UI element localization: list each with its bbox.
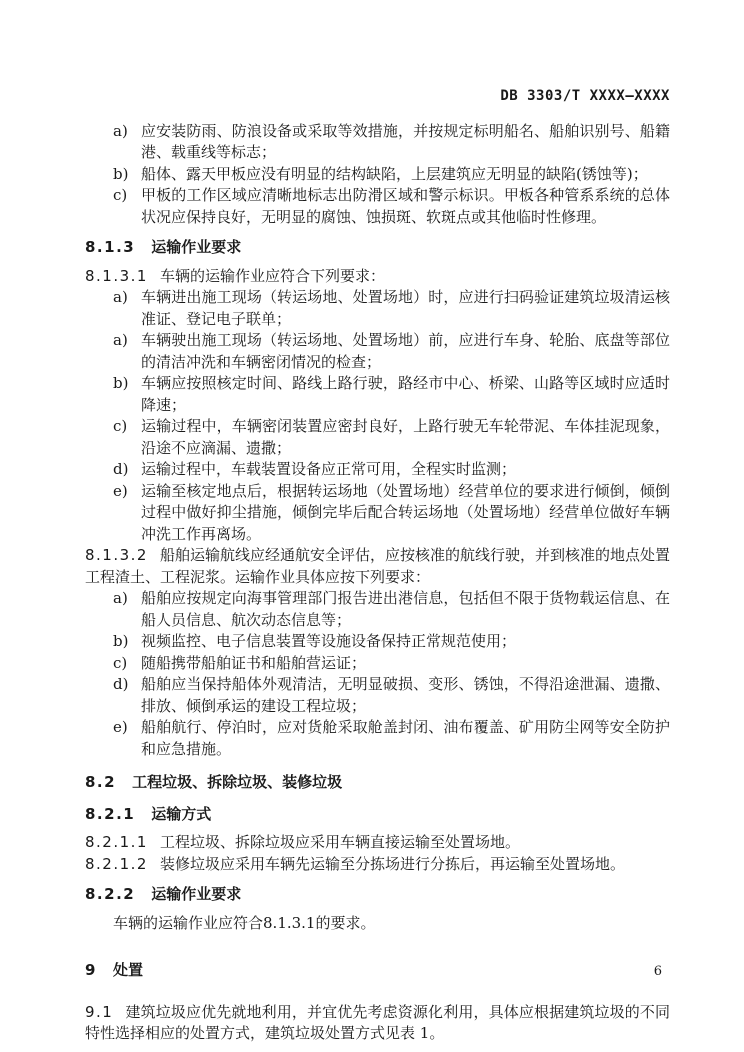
list-item-text: 船体、露天甲板应没有明显的结构缺陷，上层建筑应无明显的缺陷(锈蚀等)； xyxy=(141,164,670,186)
paragraph-8-2-1-2: 8.2.1.2装修垃圾应采用车辆先运输至分拣场进行分拣后，再运输至处置场地。 xyxy=(85,854,670,876)
section-number: 8.2.1 xyxy=(85,805,135,823)
vehicle-transport-requirement-list: a) 车辆进出施工现场（转运场地、处置场地）时，应进行扫码验证建筑垃圾清运核准证… xyxy=(85,287,670,545)
clause-number: 8.1.3.1 xyxy=(85,267,148,285)
section-title: 运输作业要求 xyxy=(151,885,241,903)
list-item-text: 船舶航行、停泊时，应对货舱采取舱盖封闭、油布覆盖、矿用防尘网等安全防护和应急措施… xyxy=(141,717,670,760)
list-item-text: 运输过程中，车辆密闭装置应密封良好，上路行驶无车轮带泥、车体挂泥现象，沿途不应滴… xyxy=(141,416,670,459)
list-item-label: e) xyxy=(113,717,141,760)
list-item: c) 随船携带船舶证书和船舶营运证； xyxy=(85,653,670,675)
section-number: 8.2.2 xyxy=(85,885,135,903)
chapter-number: 9 xyxy=(85,961,97,979)
list-item-label: a) xyxy=(113,287,141,330)
list-item: e) 运输至核定地点后，根据转运场地（处置场地）经营单位的要求进行倾倒，倾倒过程… xyxy=(85,481,670,546)
list-item: c) 甲板的工作区域应清晰地标志出防滑区域和警示标识。甲板各种管系系统的总体状况… xyxy=(85,185,670,228)
document-page: DB 3303/T XXXX—XXXX a) 应安装防雨、防浪设备或采取等效措施… xyxy=(0,0,744,1052)
list-item-text: 甲板的工作区域应清晰地标志出防滑区域和警示标识。甲板各种管系系统的总体状况应保持… xyxy=(141,185,670,228)
list-item-text: 应安装防雨、防浪设备或采取等效措施，并按规定标明船名、船舶识别号、船籍港、载重线… xyxy=(141,121,670,164)
list-item-label: d) xyxy=(113,459,141,481)
list-item-label: b) xyxy=(113,373,141,416)
list-item-text: 视频监控、电子信息装置等设施设备保持正常规范使用； xyxy=(141,631,670,653)
paragraph-8-1-3-2: 8.1.3.2船舶运输航线应经通航安全评估，应按核准的航线行驶，并到核准的地点处… xyxy=(85,545,670,588)
list-item-label: c) xyxy=(113,416,141,459)
clause-text: 建筑垃圾应优先就地利用，并宜优先考虑资源化利用，具体应根据建筑垃圾的不同特性选择… xyxy=(85,1003,670,1043)
section-title: 运输方式 xyxy=(151,805,211,823)
section-heading-8-2-2: 8.2.2运输作业要求 xyxy=(85,884,670,906)
clause-text: 船舶运输航线应经通航安全评估，应按核准的航线行驶，并到核准的地点处置工程渣土、工… xyxy=(85,546,670,586)
list-item-label: e) xyxy=(113,481,141,546)
list-item: a) 车辆驶出施工现场（转运场地、处置场地）前，应进行车身、轮胎、底盘等部位的清… xyxy=(85,330,670,373)
list-item-text: 车辆应按照核定时间、路线上路行驶，路经市中心、桥梁、山路等区域时应适时降速； xyxy=(141,373,670,416)
list-item-label: b) xyxy=(113,164,141,186)
document-code-header: DB 3303/T XXXX—XXXX xyxy=(85,86,670,108)
section-heading-8-2: 8.2工程垃圾、拆除垃圾、装修垃圾 xyxy=(85,772,670,794)
paragraph-9-1: 9.1建筑垃圾应优先就地利用，并宜优先考虑资源化利用，具体应根据建筑垃圾的不同特… xyxy=(85,1002,670,1045)
list-item-label: a) xyxy=(113,588,141,631)
list-item-label: a) xyxy=(113,330,141,373)
ship-transport-requirement-list: a) 船舶应按规定向海事管理部门报告进出港信息，包括但不限于货物载运信息、在船人… xyxy=(85,588,670,760)
paragraph-8-1-3-1: 8.1.3.1车辆的运输作业应符合下列要求： xyxy=(85,266,670,288)
list-item: d) 船舶应当保持船体外观清洁，无明显破损、变形、锈蚀，不得沿途泄漏、遗撒、排放… xyxy=(85,674,670,717)
list-item: b) 船体、露天甲板应没有明显的结构缺陷，上层建筑应无明显的缺陷(锈蚀等)； xyxy=(85,164,670,186)
list-item: a) 应安装防雨、防浪设备或采取等效措施，并按规定标明船名、船舶识别号、船籍港、… xyxy=(85,121,670,164)
list-item-label: b) xyxy=(113,631,141,653)
list-item-text: 船舶应按规定向海事管理部门报告进出港信息，包括但不限于货物载运信息、在船人员信息… xyxy=(141,588,670,631)
list-item-text: 随船携带船舶证书和船舶营运证； xyxy=(141,653,670,675)
clause-text: 装修垃圾应采用车辆先运输至分拣场进行分拣后，再运输至处置场地。 xyxy=(160,855,625,873)
list-item-label: d) xyxy=(113,674,141,717)
list-item: c) 运输过程中，车辆密闭装置应密封良好，上路行驶无车轮带泥、车体挂泥现象，沿途… xyxy=(85,416,670,459)
list-item: a) 船舶应按规定向海事管理部门报告进出港信息，包括但不限于货物载运信息、在船人… xyxy=(85,588,670,631)
page-number: 6 xyxy=(654,961,662,983)
clause-number: 9.1 xyxy=(85,1003,113,1021)
section-title: 工程垃圾、拆除垃圾、装修垃圾 xyxy=(132,773,342,791)
list-item-text: 运输过程中，车载装置设备应正常可用，全程实时监测； xyxy=(141,459,670,481)
list-item-label: c) xyxy=(113,653,141,675)
chapter-title: 处置 xyxy=(113,961,143,979)
section-number: 8.2 xyxy=(85,773,116,791)
section-title: 运输作业要求 xyxy=(151,238,241,256)
section-heading-8-1-3: 8.1.3运输作业要求 xyxy=(85,237,670,259)
section-heading-8-2-1: 8.2.1运输方式 xyxy=(85,804,670,826)
list-item-text: 船舶应当保持船体外观清洁，无明显破损、变形、锈蚀，不得沿途泄漏、遗撒、排放、倾倒… xyxy=(141,674,670,717)
clause-number: 8.2.1.1 xyxy=(85,833,148,851)
chapter-heading-9: 9处置 xyxy=(85,960,670,982)
paragraph-8-2-1-1: 8.2.1.1工程垃圾、拆除垃圾应采用车辆直接运输至处置场地。 xyxy=(85,832,670,854)
list-item: b) 车辆应按照核定时间、路线上路行驶，路经市中心、桥梁、山路等区域时应适时降速… xyxy=(85,373,670,416)
ship-deck-requirement-list: a) 应安装防雨、防浪设备或采取等效措施，并按规定标明船名、船舶识别号、船籍港、… xyxy=(85,121,670,229)
paragraph-8-2-2-body: 车辆的运输作业应符合8.1.3.1的要求。 xyxy=(85,913,670,935)
list-item-text: 车辆驶出施工现场（转运场地、处置场地）前，应进行车身、轮胎、底盘等部位的清洁冲洗… xyxy=(141,330,670,373)
list-item: a) 车辆进出施工现场（转运场地、处置场地）时，应进行扫码验证建筑垃圾清运核准证… xyxy=(85,287,670,330)
list-item: d) 运输过程中，车载装置设备应正常可用，全程实时监测； xyxy=(85,459,670,481)
list-item: e) 船舶航行、停泊时，应对货舱采取舱盖封闭、油布覆盖、矿用防尘网等安全防护和应… xyxy=(85,717,670,760)
clause-number: 8.1.3.2 xyxy=(85,546,148,564)
clause-number: 8.2.1.2 xyxy=(85,855,148,873)
list-item-label: a) xyxy=(113,121,141,164)
list-item-text: 车辆进出施工现场（转运场地、处置场地）时，应进行扫码验证建筑垃圾清运核准证、登记… xyxy=(141,287,670,330)
clause-text: 工程垃圾、拆除垃圾应采用车辆直接运输至处置场地。 xyxy=(160,833,520,851)
clause-text: 车辆的运输作业应符合下列要求： xyxy=(160,267,385,285)
list-item: b) 视频监控、电子信息装置等设施设备保持正常规范使用； xyxy=(85,631,670,653)
section-number: 8.1.3 xyxy=(85,238,135,256)
list-item-label: c) xyxy=(113,185,141,228)
list-item-text: 运输至核定地点后，根据转运场地（处置场地）经营单位的要求进行倾倒，倾倒过程中做好… xyxy=(141,481,670,546)
